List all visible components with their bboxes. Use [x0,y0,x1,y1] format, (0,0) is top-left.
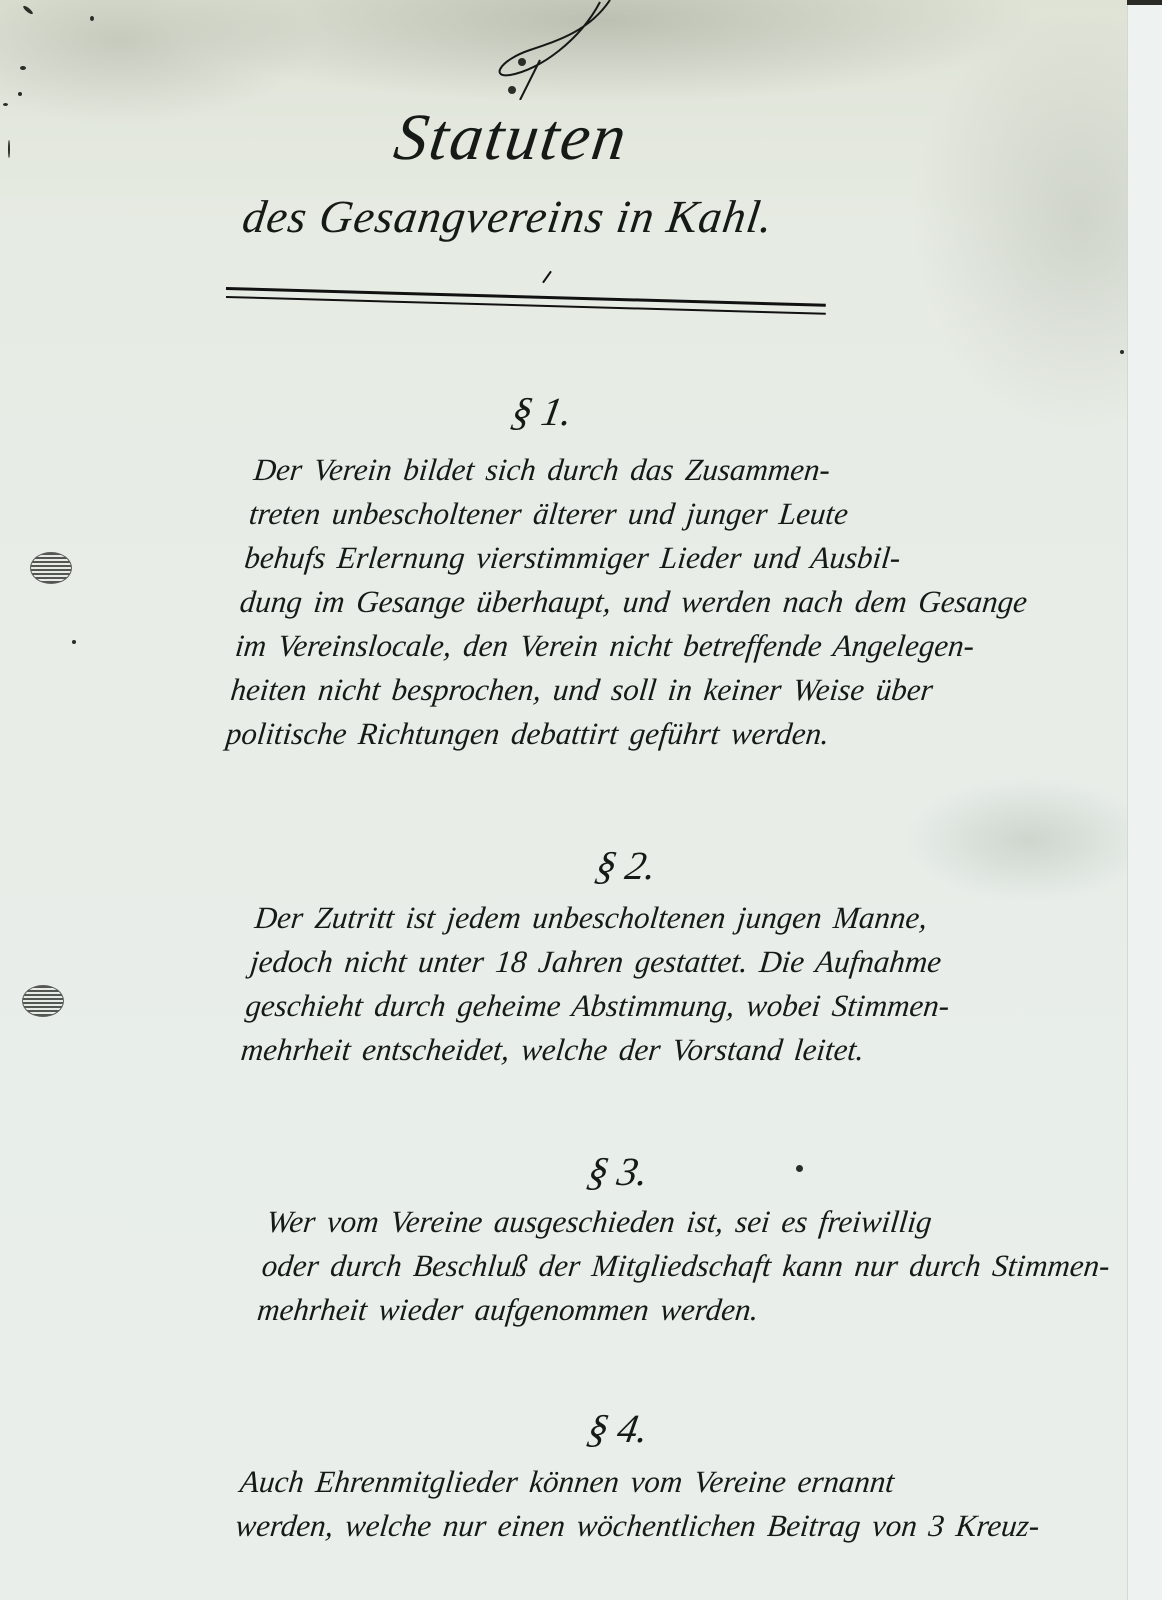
rule-mark [542,271,552,284]
section-body-2: Der Zutritt ist jedem unbescholtenen jun… [239,896,1117,1072]
dust-speck [72,640,76,644]
dust-speck [90,16,94,21]
text-line: behufs Erlernung vierstimmiger Lieder un… [242,536,1107,580]
section-heading-4: § 4. [584,1405,652,1452]
text-line: mehrheit wieder aufgenommen werden. [255,1288,1120,1332]
section-heading-2: § 2. [592,842,660,889]
dust-speck [18,92,22,96]
section-body-1: Der Verein bildet sich durch das Zusamme… [224,448,1116,756]
text-line: Der Verein bildet sich durch das Zusamme… [252,448,1117,492]
document-title: Statuten [390,100,633,176]
section-body-3: Wer vom Vereine ausgeschieden ist, sei e… [255,1200,1129,1332]
section-heading-1: § 1. [508,388,576,435]
text-line: im Vereinslocale, den Verein nicht betre… [233,624,1098,668]
title-flourish-icon [480,0,620,100]
page-edge-shadow [1127,0,1162,5]
text-line: dung im Gesange überhaupt, und werden na… [238,580,1103,624]
section-body-4: Auch Ehrenmitglieder können vom Vereine … [233,1460,1102,1548]
dust-speck [8,140,10,158]
scanned-page: Statuten des Gesangvereins in Kahl. § 1.… [0,0,1127,1600]
text-line: treten unbescholtener älterer und junger… [247,492,1112,536]
text-line: Der Zutritt ist jedem unbescholtenen jun… [253,896,1118,940]
punch-hole [30,552,72,584]
text-line: Wer vom Vereine ausgeschieden ist, sei e… [264,1200,1129,1244]
page-edge [1127,0,1162,1600]
dust-speck [1120,350,1124,354]
text-line: werden, welche nur einen wöchentlichen B… [233,1504,1098,1548]
text-line: oder durch Beschluß der Mitgliedschaft k… [260,1244,1125,1288]
section-heading-3: § 3. [584,1148,652,1195]
dust-speck [3,103,8,106]
text-line: geschieht durch geheime Abstimmung, wobe… [243,984,1108,1028]
dust-speck [20,66,26,70]
title-underline-second [226,296,826,315]
punch-hole [22,985,64,1017]
text-line: heiten nicht besprochen, und soll in kei… [228,668,1093,712]
ink-dot [796,1165,803,1172]
dust-speck [22,5,34,16]
document-subtitle: des Gesangvereins in Kahl. [239,190,777,243]
text-line: politische Richtungen debattirt geführt … [224,712,1089,756]
text-line: Auch Ehrenmitglieder können vom Vereine … [238,1460,1103,1504]
text-line: jedoch nicht unter 18 Jahren gestattet. … [248,940,1113,984]
text-line: mehrheit entscheidet, welche der Vorstan… [239,1028,1104,1072]
